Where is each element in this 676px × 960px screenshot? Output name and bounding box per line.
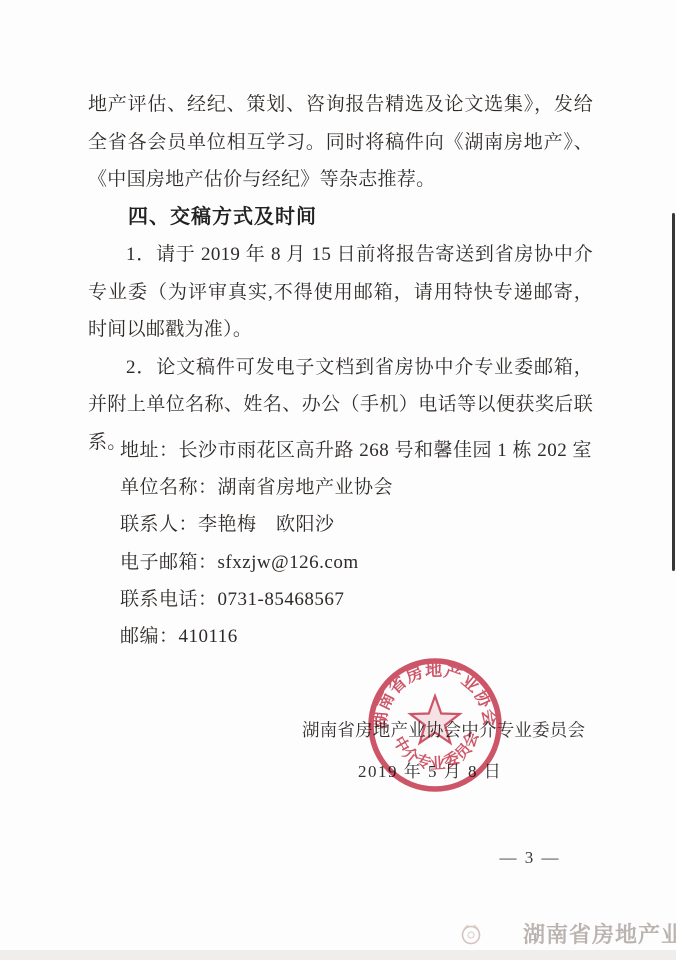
contact-block: 地址：长沙市雨花区高升路 268 号和馨佳园 1 栋 202 室 单位名称：湖南… <box>120 432 600 655</box>
scan-bottom-band <box>0 950 676 960</box>
footer-org-name: 湖南省房地产业协会 <box>523 918 676 949</box>
body-text-block: 地产评估、经纪、策划、咨询报告精选及论文选集》，发给全省各会员单位相互学习。同时… <box>88 86 593 461</box>
contact-phone: 联系电话：0731-85468567 <box>120 581 600 618</box>
scan-edge-line <box>672 213 675 571</box>
association-logo-icon <box>459 921 483 947</box>
paragraph-continuation: 地产评估、经纪、策划、咨询报告精选及论文选集》，发给全省各会员单位相互学习。同时… <box>88 86 593 199</box>
paragraph-item-1: 1．请于 2019 年 8 月 15 日前将报告寄送到省房协中介专业委（为评审真… <box>88 236 593 349</box>
section-heading: 四、交稿方式及时间 <box>88 199 593 237</box>
contact-address: 地址：长沙市雨花区高升路 268 号和馨佳园 1 栋 202 室 <box>120 432 600 469</box>
document-page: 地产评估、经纪、策划、咨询报告精选及论文选集》，发给全省各会员单位相互学习。同时… <box>0 0 676 960</box>
contact-person: 联系人：李艳梅 欧阳沙 <box>120 506 600 543</box>
contact-email: 电子邮箱：sfxzjw@126.com <box>120 544 600 581</box>
star-icon <box>410 696 459 743</box>
footer: 湖南省房地产业协会 <box>0 916 676 952</box>
stamp-bottom-text: 中介专业委员会 <box>390 728 483 773</box>
contact-unit-name: 单位名称：湖南省房地产业协会 <box>120 469 600 506</box>
page-number: — 3 — <box>484 848 576 868</box>
official-seal-stamp: 湖南省房地产业协会 中介专业委员会 <box>340 632 530 822</box>
